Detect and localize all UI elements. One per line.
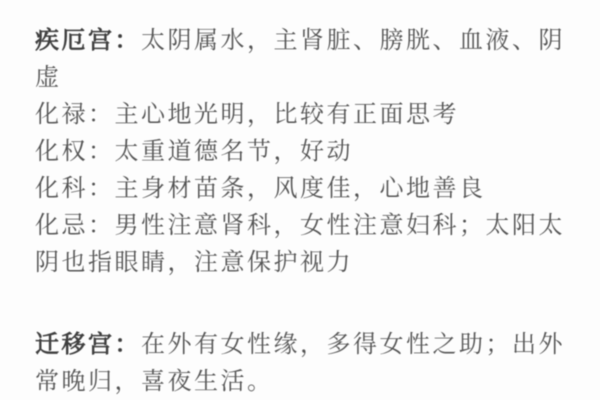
transformation-label: 化忌： <box>35 211 115 239</box>
transformation-label: 化禄： <box>35 100 115 128</box>
text-line: 阴也指眼睛，注意保护视力 <box>35 244 580 281</box>
text-line: 化权：太重道德名节，好动 <box>35 133 580 170</box>
astrology-reading-document: 疾厄宫：太阴属水，主肾脏、膀胱、血液、阴虚化禄：主心地光明，比较有正面思考化权：… <box>35 22 580 400</box>
palace-label: 疾厄宫： <box>35 26 141 54</box>
line-text: 在外有女性缘，多得女性之助；出外 <box>141 330 565 358</box>
text-line: 常晚归，喜夜生活。 <box>35 363 580 400</box>
reading-section: 化权：太重道德名节，好动 <box>35 133 580 170</box>
transformation-label: 化权： <box>35 137 115 165</box>
text-line: 化忌：男性注意肾科，女性注意妇科；太阳太 <box>35 207 580 244</box>
line-text: 太重道德名节，好动 <box>115 137 354 165</box>
text-line: 疾厄宫：太阴属水，主肾脏、膀胱、血液、阴 <box>35 22 580 59</box>
reading-section: 迁移宫：在外有女性缘，多得女性之助；出外常晚归，喜夜生活。 <box>35 326 580 400</box>
reading-section: 化忌：男性注意肾科，女性注意妇科；太阳太阴也指眼睛，注意保护视力 <box>35 207 580 281</box>
text-line: 虚 <box>35 59 580 96</box>
reading-section: 化科：主身材苗条，风度佳，心地善良 <box>35 170 580 207</box>
text-line: 迁移宫：在外有女性缘，多得女性之助；出外 <box>35 326 580 363</box>
line-text: 主心地光明，比较有正面思考 <box>115 100 460 128</box>
transformation-label: 化科： <box>35 174 115 202</box>
reading-section: 疾厄宫：太阴属水，主肾脏、膀胱、血液、阴虚 <box>35 22 580 96</box>
palace-label: 迁移宫： <box>35 330 141 358</box>
line-text: 主身材苗条，风度佳，心地善良 <box>115 174 486 202</box>
line-text: 太阴属水，主肾脏、膀胱、血液、阴 <box>141 26 565 54</box>
line-text: 常晚归，喜夜生活。 <box>35 367 274 395</box>
text-line: 化禄：主心地光明，比较有正面思考 <box>35 96 580 133</box>
line-text: 虚 <box>35 63 62 91</box>
text-line: 化科：主身材苗条，风度佳，心地善良 <box>35 170 580 207</box>
line-text: 阴也指眼睛，注意保护视力 <box>35 248 353 276</box>
reading-section: 化禄：主心地光明，比较有正面思考 <box>35 96 580 133</box>
reading-sections: 疾厄宫：太阴属水，主肾脏、膀胱、血液、阴虚化禄：主心地光明，比较有正面思考化权：… <box>35 22 580 400</box>
line-text: 男性注意肾科，女性注意妇科；太阳太 <box>115 211 566 239</box>
